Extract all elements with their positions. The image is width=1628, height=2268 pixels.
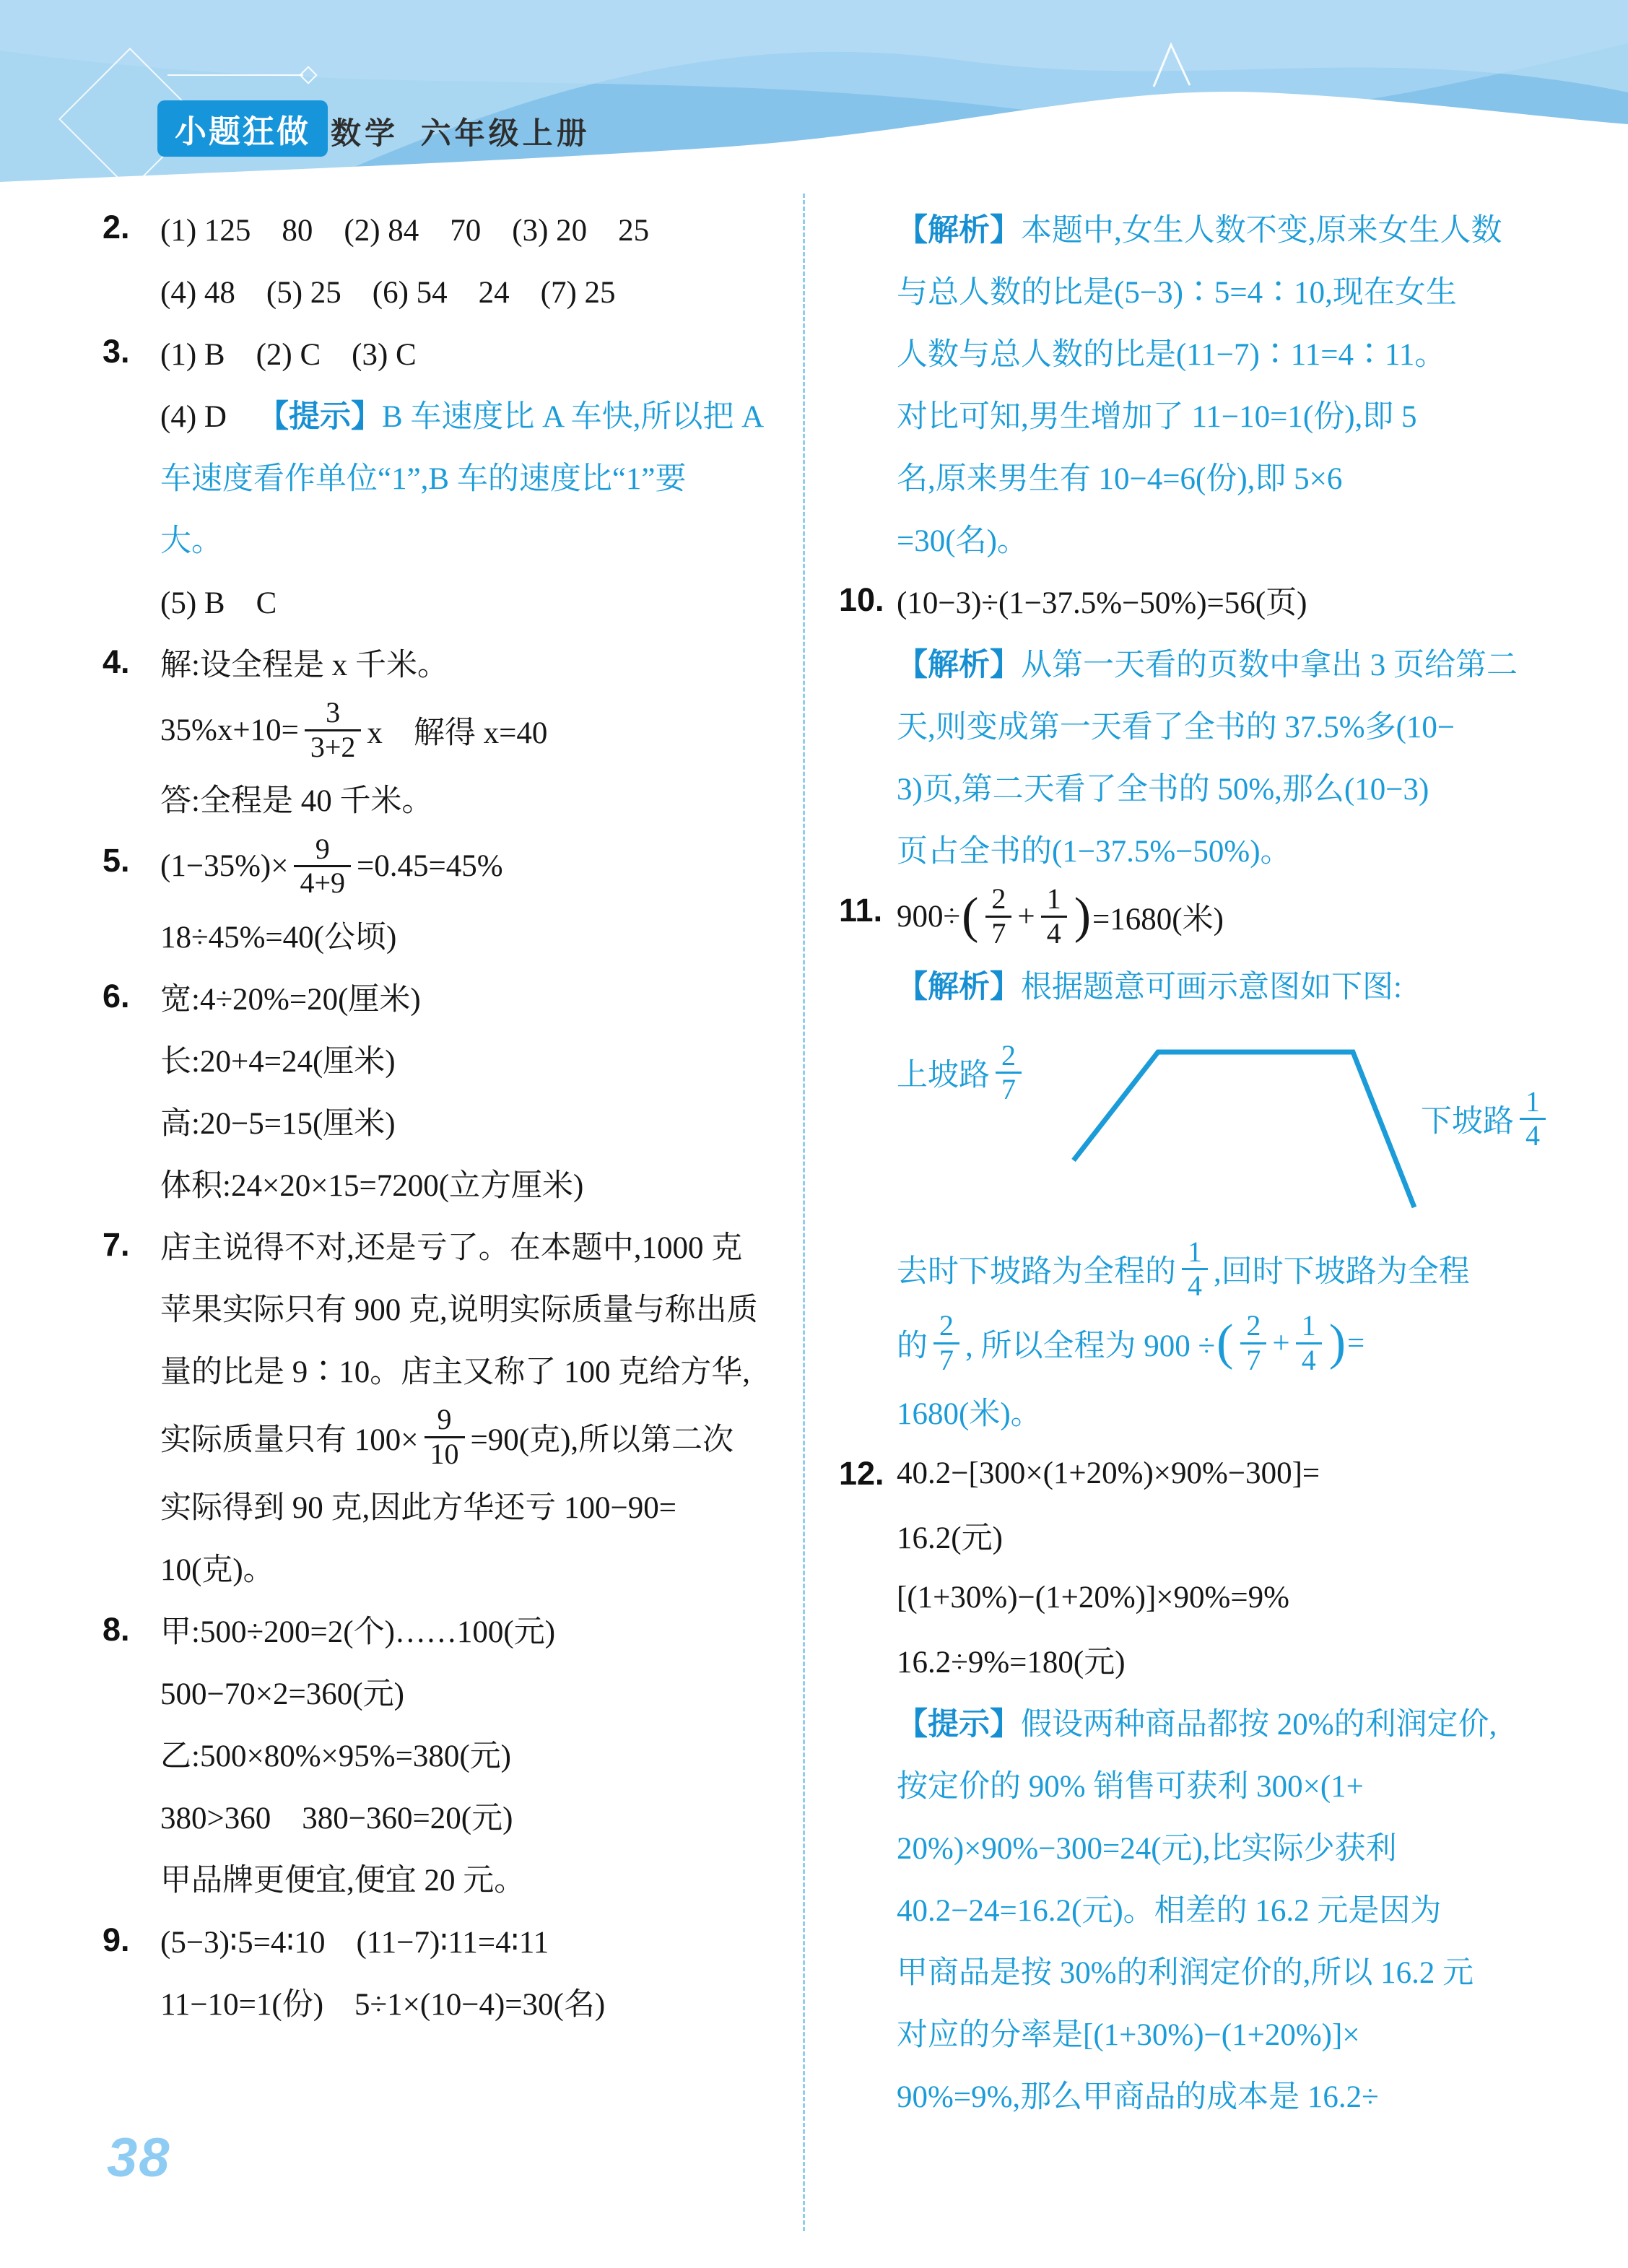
answer-line: 长:20+4=24(厘米) xyxy=(160,1027,783,1090)
book-title: 数学 六年级上册 xyxy=(331,110,591,153)
text-segment: 的 xyxy=(897,1321,928,1365)
text-segment: 实际质量只有 100× xyxy=(160,1415,419,1459)
road-diagram: 上坡路 2 7 下坡路 1 4 xyxy=(897,1016,1545,1233)
uphill-label: 上坡路 2 7 xyxy=(897,1036,1027,1111)
uphill-fraction: 2 7 xyxy=(996,1036,1022,1111)
fraction: 94+9 xyxy=(294,830,351,904)
text-segment: 对比可知,男生增加了 11−10=1(份),即 5 xyxy=(897,392,1417,436)
answer-line: 【提示】假设两种商品都按 20%的利润定价, xyxy=(897,1691,1545,1753)
text-segment: 苹果实际只有 900 克,说明实际质量与称出质 xyxy=(160,1285,758,1329)
text-segment: 页占全书的(1−37.5%−50%)。 xyxy=(897,827,1292,871)
text-segment: 人数与总人数的比是(11−7)∶11=4∶11。 xyxy=(897,330,1445,374)
text-segment: 对应的分率是[(1+30%)−(1+20%)]× xyxy=(897,2010,1360,2054)
answer-line: 的27, 所以全程为 900 ÷(27+14)= xyxy=(897,1306,1545,1381)
header-band: 小题狂做 数学 六年级上册 xyxy=(0,0,1628,189)
answer-line: 页占全书的(1−37.5%−50%)。 xyxy=(897,817,1545,879)
answer-line: 甲品牌更便宜,便宜 20 元。 xyxy=(160,1847,783,1909)
text-segment: 40.2−24=16.2(元)。相差的 16.2 元是因为 xyxy=(897,1886,1441,1930)
fraction: 27 xyxy=(933,1306,959,1381)
answer-item: 【解析】本题中,女生人数不变,原来女生人数与总人数的比是(5−3)∶5=4∶10… xyxy=(830,196,1545,569)
answer-line: 体积:24×20×15=7200(立方厘米) xyxy=(160,1152,783,1214)
answer-line: 宽:4÷20%=20(厘米) xyxy=(160,965,783,1027)
text-segment: 90%=9%,那么甲商品的成本是 16.2÷ xyxy=(897,2072,1379,2116)
line-decor xyxy=(167,74,303,76)
text-segment: 500−70×2=360(元) xyxy=(160,1669,404,1713)
tag-label: 【提示】 xyxy=(897,1700,1021,1744)
downhill-label: 下坡路 1 4 xyxy=(1421,1082,1551,1157)
answer-line: 20%)×90%−300=24(元),比实际少获利 xyxy=(897,1815,1545,1877)
text-segment: (4) D xyxy=(160,392,258,436)
answer-line: 18÷45%=40(公顷) xyxy=(160,903,783,965)
answer-line: 【解析】根据题意可画示意图如下图: xyxy=(897,954,1545,1016)
answer-line: 16.2(元) xyxy=(897,1505,1545,1567)
answer-line: 苹果实际只有 900 克,说明实际质量与称出质 xyxy=(160,1276,783,1338)
text-segment: 大。 xyxy=(160,516,222,560)
answer-line: 16.2÷9%=180(元) xyxy=(897,1629,1545,1691)
text-segment: 名,原来男生有 10−4=6(份),即 5×6 xyxy=(897,454,1342,498)
text-segment: 16.2(元) xyxy=(897,1513,1003,1557)
text-segment: 量的比是 9∶10。店主又称了 100 克给方华, xyxy=(160,1347,750,1391)
text-segment: =30(名)。 xyxy=(897,516,1028,560)
fraction: 14 xyxy=(1041,879,1067,954)
text-segment: 从第一天看的页数中拿出 3 页给第二 xyxy=(1021,640,1518,685)
text-segment: , 所以全程为 900 ÷ xyxy=(965,1321,1215,1365)
text-segment: =90(克),所以第二次 xyxy=(471,1415,734,1459)
answer-item: 9.(5−3)∶5=4∶10 (11−7)∶11=4∶1111−10=1(份) … xyxy=(94,1909,783,2033)
tag-label: 【解析】 xyxy=(897,640,1021,685)
answer-line: 乙:500×80%×95%=380(元) xyxy=(160,1723,783,1785)
answer-line: 35%x+10=33+2x 解得 x=40 xyxy=(160,693,783,768)
text-segment: 车速度看作单位“1”,B 车的速度比“1”要 xyxy=(160,454,687,498)
answer-line: (4) D 【提示】B 车速度比 A 车快,所以把 A xyxy=(160,383,783,445)
text-segment: 甲品牌更便宜,便宜 20 元。 xyxy=(160,1856,525,1900)
tag-label: 【解析】 xyxy=(897,206,1021,250)
item-number: 9. xyxy=(103,1909,130,1971)
text-segment: 假设两种商品都按 20%的利润定价, xyxy=(1021,1700,1497,1744)
left-column: 2.(1) 125 80 (2) 84 70 (3) 20 25(4) 48 (… xyxy=(94,196,783,2033)
text-segment: 店主说得不对,还是亏了。在本题中,1000 克 xyxy=(160,1223,742,1267)
text-segment: 按定价的 90% 销售可获利 300×(1+ xyxy=(897,1762,1364,1806)
answer-line: (1) B (2) C (3) C xyxy=(160,321,783,383)
text-segment: 与总人数的比是(5−3)∶5=4∶10,现在女生 xyxy=(897,268,1457,312)
column-divider xyxy=(803,194,805,2231)
answer-line: 3)页,第二天看了全书的 50%,那么(10−3) xyxy=(897,755,1545,817)
text-segment: 天,则变成第一天看了全书的 37.5%多(10− xyxy=(897,703,1455,747)
item-number: 5. xyxy=(103,830,130,892)
text-segment: x 解得 x=40 xyxy=(367,708,547,752)
fraction: 27 xyxy=(1240,1306,1266,1381)
tag-label: 【提示】 xyxy=(258,392,382,436)
answer-line: 1680(米)。 xyxy=(897,1381,1545,1443)
answer-line: 量的比是 9∶10。店主又称了 100 克给方华, xyxy=(160,1338,783,1400)
text-segment: (5) B C xyxy=(160,578,277,622)
text-segment: 甲商品是按 30%的利润定价的,所以 16.2 元 xyxy=(897,1948,1474,1992)
text-segment: 答:全程是 40 千米。 xyxy=(160,776,432,820)
text-segment: 11−10=1(份) 5÷1×(10−4)=30(名) xyxy=(160,1980,605,2024)
answer-line: 车速度看作单位“1”,B 车的速度比“1”要 xyxy=(160,445,783,507)
item-number: 12. xyxy=(839,1443,884,1505)
text-segment: 解:设全程是 x 千米。 xyxy=(160,640,448,685)
answer-line: 名,原来男生有 10−4=6(份),即 5×6 xyxy=(897,445,1545,507)
text-segment: [(1+30%)−(1+20%)]×90%=9% xyxy=(897,1580,1289,1615)
header-background-art xyxy=(0,0,1628,189)
text-segment: 宽:4÷20%=20(厘米) xyxy=(160,975,421,1019)
answer-line: =30(名)。 xyxy=(897,507,1545,569)
text-segment: 乙:500×80%×95%=380(元) xyxy=(160,1732,511,1776)
answer-line: (4) 48 (5) 25 (6) 54 24 (7) 25 xyxy=(160,258,783,321)
answer-item: 8.甲:500÷200=2(个)……100(元)500−70×2=360(元)乙… xyxy=(94,1599,783,1909)
right-column: 【解析】本题中,女生人数不变,原来女生人数与总人数的比是(5−3)∶5=4∶10… xyxy=(830,196,1545,2126)
text-segment: 根据题意可画示意图如下图: xyxy=(1021,963,1402,1007)
answer-line: 40.2−24=16.2(元)。相差的 16.2 元是因为 xyxy=(897,1877,1545,1939)
text-segment: B 车速度比 A 车快,所以把 A xyxy=(382,392,764,436)
answer-line: 甲商品是按 30%的利润定价的,所以 16.2 元 xyxy=(897,1939,1545,2002)
text-segment: =1680(米) xyxy=(1092,895,1224,939)
text-segment: 10(克)。 xyxy=(160,1545,274,1589)
text-segment: ( xyxy=(1216,1318,1233,1368)
text-segment: (4) 48 (5) 25 (6) 54 24 (7) 25 xyxy=(160,268,616,312)
answer-line: 380>360 380−360=20(元) xyxy=(160,1785,783,1847)
answer-line: 甲:500÷200=2(个)……100(元) xyxy=(160,1599,783,1661)
answer-line: 实际质量只有 100×910=90(克),所以第二次 xyxy=(160,1400,783,1474)
item-number: 11. xyxy=(839,879,882,942)
text-segment: 3)页,第二天看了全书的 50%,那么(10−3) xyxy=(897,765,1429,809)
text-segment: 40.2−[300×(1+20%)×90%−300]= xyxy=(897,1456,1320,1491)
answer-line: 对应的分率是[(1+30%)−(1+20%)]× xyxy=(897,2002,1545,2064)
answer-line: (10−3)÷(1−37.5%−50%)=56(页) xyxy=(897,569,1545,631)
answer-line: [(1+30%)−(1+20%)]×90%=9% xyxy=(897,1567,1545,1629)
answer-line: (1−35%)×94+9=0.45=45% xyxy=(160,830,783,904)
answer-item: 11.900÷(27+14)=1680(米)【解析】根据题意可画示意图如下图: … xyxy=(830,879,1545,1443)
tag-label: 【解析】 xyxy=(897,963,1021,1007)
text-segment: 900÷ xyxy=(897,899,960,934)
item-number: 10. xyxy=(839,569,884,631)
text-segment: 380>360 380−360=20(元) xyxy=(160,1794,513,1838)
text-segment: 16.2÷9%=180(元) xyxy=(897,1638,1126,1682)
fraction: 14 xyxy=(1182,1233,1208,1307)
answer-line: 【解析】本题中,女生人数不变,原来女生人数 xyxy=(897,196,1545,258)
answer-item: 5.(1−35%)×94+9=0.45=45%18÷45%=40(公顷) xyxy=(94,830,783,966)
answer-item: 10.(10−3)÷(1−37.5%−50%)=56(页)【解析】从第一天看的页… xyxy=(830,569,1545,879)
answer-line: 按定价的 90% 销售可获利 300×(1+ xyxy=(897,1753,1545,1815)
uphill-text: 上坡路 xyxy=(897,1051,990,1095)
text-segment: (10−3)÷(1−37.5%−50%)=56(页) xyxy=(897,578,1307,622)
answer-line: 解:设全程是 x 千米。 xyxy=(160,631,783,693)
answer-line: 上坡路 2 7 下坡路 1 4 xyxy=(897,1016,1545,1233)
text-segment: 本题中,女生人数不变,原来女生人数 xyxy=(1021,206,1502,250)
answer-item: 2.(1) 125 80 (2) 84 70 (3) 20 25(4) 48 (… xyxy=(94,196,783,321)
answer-line: 人数与总人数的比是(11−7)∶11=4∶11。 xyxy=(897,321,1545,383)
answer-line: 对比可知,男生增加了 11−10=1(份),即 5 xyxy=(897,383,1545,445)
text-segment: 体积:24×20×15=7200(立方厘米) xyxy=(160,1161,583,1205)
text-segment: =0.45=45% xyxy=(357,848,503,884)
text-segment: 18÷45%=40(公顷) xyxy=(160,913,396,957)
downhill-text: 下坡路 xyxy=(1421,1097,1514,1141)
item-number: 6. xyxy=(103,965,130,1027)
fraction: 27 xyxy=(985,879,1011,954)
text-segment: + xyxy=(1272,1326,1289,1361)
answer-line: 实际得到 90 克,因此方华还亏 100−90= xyxy=(160,1474,783,1537)
fraction: 14 xyxy=(1296,1306,1322,1381)
item-number: 2. xyxy=(103,196,130,258)
text-segment: ) xyxy=(1329,1318,1346,1368)
item-number: 8. xyxy=(103,1599,130,1661)
answer-item: 6.宽:4÷20%=20(厘米)长:20+4=24(厘米)高:20−5=15(厘… xyxy=(94,965,783,1214)
text-segment: 甲:500÷200=2(个)……100(元) xyxy=(160,1607,555,1651)
text-segment: ) xyxy=(1074,891,1091,942)
answer-line: 店主说得不对,还是亏了。在本题中,1000 克 xyxy=(160,1214,783,1276)
workbook-answer-page: 小题狂做 数学 六年级上册 2.(1) 125 80 (2) 84 70 (3)… xyxy=(0,0,1628,2268)
answer-line: 天,则变成第一天看了全书的 37.5%多(10− xyxy=(897,693,1545,755)
answer-line: (5) B C xyxy=(160,569,783,631)
answer-line: 40.2−[300×(1+20%)×90%−300]= xyxy=(897,1443,1545,1505)
answer-line: 11−10=1(份) 5÷1×(10−4)=30(名) xyxy=(160,1971,783,2033)
item-number: 7. xyxy=(103,1214,130,1276)
item-number: 4. xyxy=(103,631,130,693)
answer-item: 7.店主说得不对,还是亏了。在本题中,1000 克苹果实际只有 900 克,说明… xyxy=(94,1214,783,1599)
text-segment: 1680(米)。 xyxy=(897,1389,1042,1433)
answer-line: 10(克)。 xyxy=(160,1537,783,1599)
text-segment: 去时下坡路为全程的 xyxy=(897,1247,1176,1291)
text-segment: 35%x+10= xyxy=(160,713,299,748)
text-segment: ,回时下坡路为全程 xyxy=(1214,1247,1470,1291)
text-segment: 高:20−5=15(厘米) xyxy=(160,1099,396,1143)
text-segment: ( xyxy=(962,891,978,942)
text-segment: = xyxy=(1347,1326,1364,1361)
answer-line: 500−70×2=360(元) xyxy=(160,1661,783,1723)
text-segment: (1−35%)× xyxy=(160,848,288,884)
answer-item: 12.40.2−[300×(1+20%)×90%−300]=16.2(元)[(1… xyxy=(830,1443,1545,2126)
text-segment: (5−3)∶5=4∶10 (11−7)∶11=4∶11 xyxy=(160,1918,549,1962)
fraction: 33+2 xyxy=(305,693,362,768)
answer-item: 3.(1) B (2) C (3) C(4) D 【提示】B 车速度比 A 车快… xyxy=(94,321,783,631)
brand-badge: 小题狂做 xyxy=(157,100,328,157)
text-segment: (1) 125 80 (2) 84 70 (3) 20 25 xyxy=(160,206,649,250)
answer-line: 答:全程是 40 千米。 xyxy=(160,768,783,830)
answer-line: 与总人数的比是(5−3)∶5=4∶10,现在女生 xyxy=(897,258,1545,321)
answer-item: 4.解:设全程是 x 千米。35%x+10=33+2x 解得 x=40答:全程是… xyxy=(94,631,783,830)
text-segment: + xyxy=(1017,899,1035,934)
text-segment: (1) B (2) C (3) C xyxy=(160,330,417,374)
answer-line: (1) 125 80 (2) 84 70 (3) 20 25 xyxy=(160,196,783,258)
answer-line: 去时下坡路为全程的14,回时下坡路为全程 xyxy=(897,1233,1545,1307)
answer-line: (5−3)∶5=4∶10 (11−7)∶11=4∶11 xyxy=(160,1909,783,1971)
downhill-fraction: 1 4 xyxy=(1520,1082,1546,1157)
text-segment: 实际得到 90 克,因此方华还亏 100−90= xyxy=(160,1483,676,1527)
answer-line: 高:20−5=15(厘米) xyxy=(160,1090,783,1152)
text-segment: 长:20+4=24(厘米) xyxy=(160,1037,396,1081)
answer-line: 900÷(27+14)=1680(米) xyxy=(897,879,1545,954)
text-segment: 20%)×90%−300=24(元),比实际少获利 xyxy=(897,1824,1397,1868)
page-number: 38 xyxy=(107,2126,171,2189)
answer-line: 【解析】从第一天看的页数中拿出 3 页给第二 xyxy=(897,631,1545,693)
fraction: 910 xyxy=(425,1400,465,1474)
answer-line: 大。 xyxy=(160,507,783,569)
item-number: 3. xyxy=(103,321,130,383)
answer-line: 90%=9%,那么甲商品的成本是 16.2÷ xyxy=(897,2064,1545,2126)
